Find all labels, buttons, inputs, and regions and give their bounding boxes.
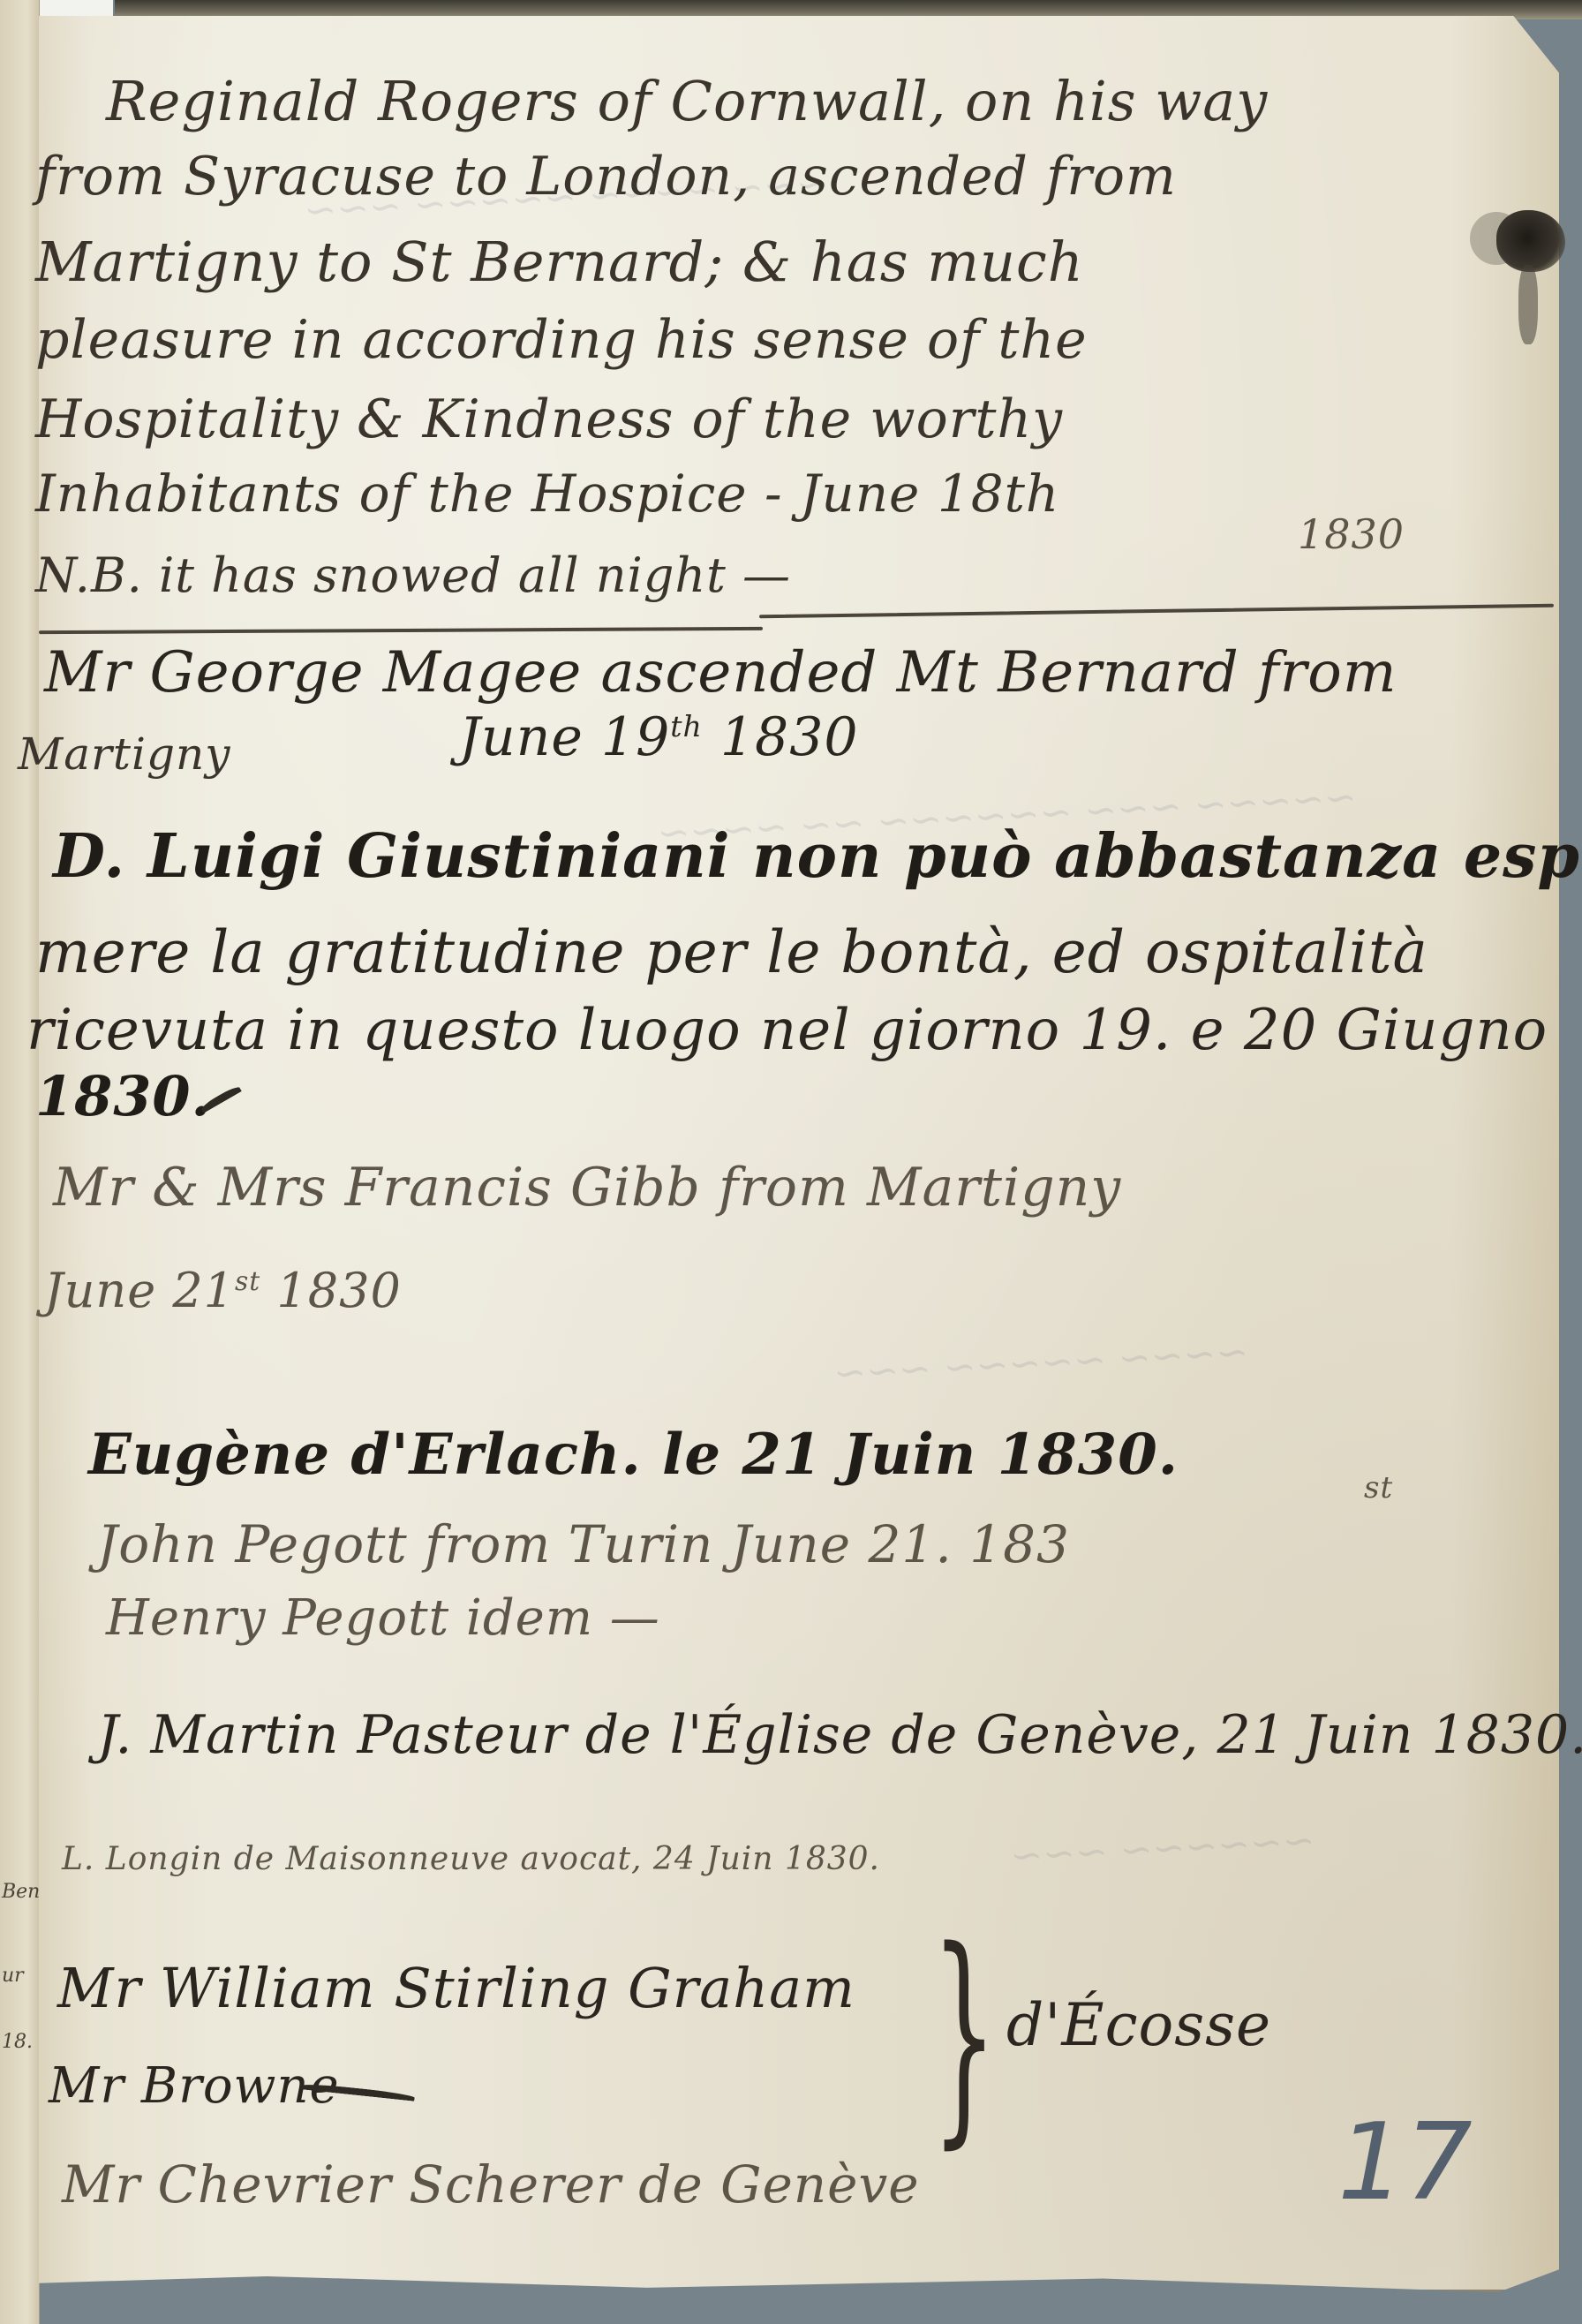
entry-1-line-3: Martigny to St Bernard; & has much xyxy=(35,230,1084,294)
entry-5-line-1: Eugène d'Erlach. le 21 Juin 1830. xyxy=(88,1422,1179,1488)
ink-blot xyxy=(1496,210,1565,272)
entry-3-line-4: 1830. xyxy=(35,1064,211,1128)
bleed-through: ~~~~~~ ~~~ xyxy=(1009,1818,1316,1879)
entry-4-date-text: June 21 xyxy=(44,1263,235,1318)
entry-10-line-1: Mr William Stirling Graham xyxy=(57,1956,855,2020)
ink-drip xyxy=(1518,265,1538,344)
entry-10-origin: d'Écosse xyxy=(1006,1991,1271,2059)
entry-9-line-1: L. Longin de Maisonneuve avocat, 24 Juin… xyxy=(62,1841,880,1877)
page-number: 17 xyxy=(1337,2101,1473,2224)
entry-2-line-1: Mr George Magee ascended Mt Bernard from xyxy=(44,640,1397,705)
entry-2-date: June 19th 1830 xyxy=(459,706,859,768)
adjacent-left-leaf: Ben ur 18. xyxy=(0,0,40,2324)
entry-6-line-1: John Pegott from Turin June 21. 183 xyxy=(97,1514,1070,1574)
entry-4-date-suffix: st xyxy=(235,1266,260,1297)
entry-3-line-3: ricevuta in questo luogo nel giorno 19. … xyxy=(26,998,1548,1063)
entry-1-line-1: Reginald Rogers of Cornwall, on his way xyxy=(106,69,1268,133)
grouping-brace: } xyxy=(931,1920,997,2150)
entry-1-year: 1830 xyxy=(1298,510,1405,558)
entry-1-line-4: pleasure in according his sense of the xyxy=(35,309,1088,371)
entry-3-line-1: D. Luigi Giustiniani non può abbastanza … xyxy=(53,821,1582,892)
entry-2-year: 1830 xyxy=(720,706,859,768)
entry-2-line-2: Martigny xyxy=(18,728,230,780)
bleed-through: ~~~~ ~~~~~ ~~~ xyxy=(832,1330,1249,1397)
entry-1-line-5: Hospitality & Kindness of the worthy xyxy=(35,389,1063,450)
entry-4-year: 1830 xyxy=(276,1263,401,1318)
entry-11-line-1: Mr Chevrier Scherer de Genève xyxy=(62,2154,920,2215)
entry-1-note: N.B. it has snowed all night — xyxy=(35,547,791,603)
entry-6-date-suffix: st xyxy=(1364,1470,1393,1505)
margin-fragment: 18. xyxy=(2,2031,33,2053)
margin-fragment: ur xyxy=(2,1965,24,1987)
entry-2-date-suffix: th xyxy=(670,709,703,743)
entry-3-line-2: mere la gratitudine per le bontà, ed osp… xyxy=(35,918,1428,986)
entry-1-line-6: Inhabitants of the Hospice - June 18th xyxy=(35,464,1059,524)
entry-2-date-text: June 19 xyxy=(459,706,670,768)
entry-8-line-1: J. Martin Pasteur de l'Église de Genève,… xyxy=(97,1704,1582,1766)
entry-10-line-2: Mr Browne xyxy=(49,2057,340,2115)
entry-4-line-1: Mr & Mrs Francis Gibb from Martigny xyxy=(53,1157,1121,1219)
entry-1-line-2: from Syracuse to London, ascended from xyxy=(35,146,1177,207)
margin-fragment: Ben xyxy=(2,1881,40,1903)
entry-4-date: June 21st 1830 xyxy=(44,1263,402,1318)
entry-7-line-1: Henry Pegott idem — xyxy=(106,1589,660,1647)
